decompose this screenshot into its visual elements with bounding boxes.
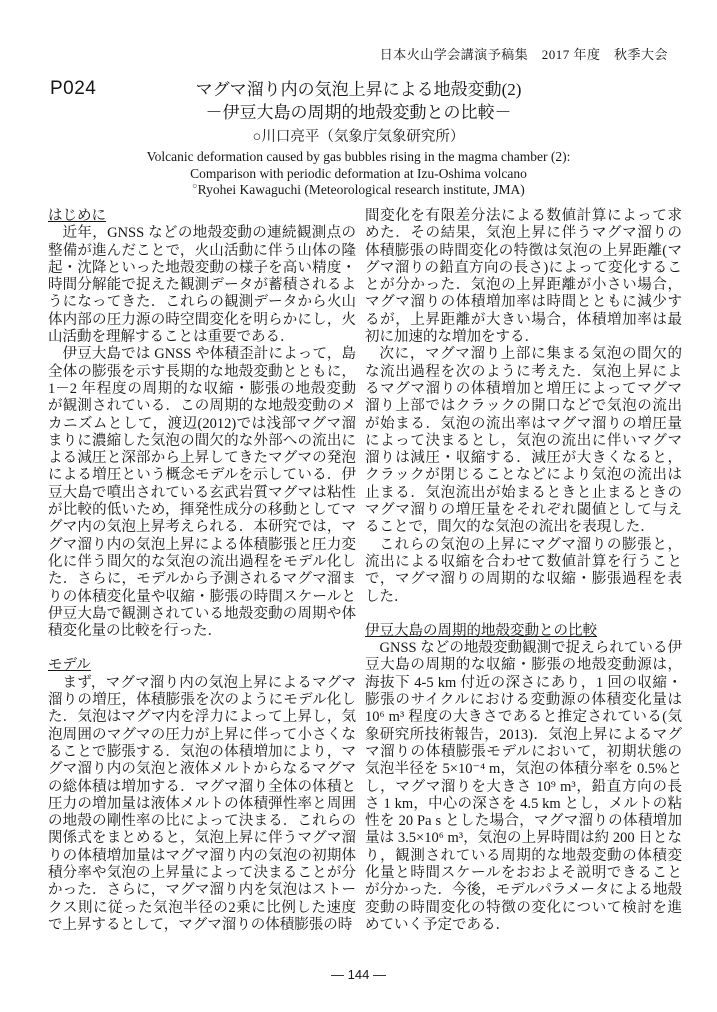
- paper-title-jp-line1: マグマ溜り内の気泡上昇による地殻変動(2): [0, 78, 717, 101]
- section-heading-hajimeni: はじめに: [48, 208, 356, 225]
- paper-title-jp-line2: －伊豆大島の周期的地殻変動との比較－: [0, 101, 717, 124]
- title-block: マグマ溜り内の気泡上昇による地殻変動(2) －伊豆大島の周期的地殻変動との比較－…: [0, 78, 717, 146]
- body-columns: はじめに 近年，GNSS などの地殻変動の連続観測点の整備が進んだことで，火山活…: [48, 208, 682, 934]
- paragraph: GNSS などの地殻変動観測で捉えられている伊豆大島の周期的な収縮・膨張の地殻変…: [365, 640, 682, 934]
- proceedings-header: 日本火山学会講演予稿集 2017 年度 秋季大会: [380, 44, 668, 63]
- paragraph-continuation: 間変化を有限差分法による数値計算によって求めた．その結果，気泡上昇に伴うマグマ溜…: [365, 208, 682, 346]
- english-title-block: Volcanic deformation caused by gas bubbl…: [0, 149, 717, 199]
- right-column: 間変化を有限差分法による数値計算によって求めた．その結果，気泡上昇に伴うマグマ溜…: [365, 208, 682, 934]
- author-en: ○Ryohei Kawaguchi (Meteorological resear…: [0, 182, 717, 199]
- paper-title-en-line2: Comparison with periodic deformation at …: [0, 166, 717, 183]
- paragraph: これらの気泡の上昇にマグマ溜りの膨張と，流出による収縮を合わせて数値計算を行うこ…: [365, 537, 682, 606]
- paper-page: 日本火山学会講演予稿集 2017 年度 秋季大会 P024 マグマ溜り内の気泡上…: [0, 0, 717, 1012]
- paragraph: まず，マグマ溜り内の気泡上昇によるマグマ溜りの増圧，体積膨張を次のようにモデル化…: [48, 675, 356, 934]
- author-jp: ○川口亮平（気象庁気象研究所）: [0, 128, 717, 146]
- author-en-text: Ryohei Kawaguchi (Meteorological researc…: [198, 182, 525, 197]
- paragraph: 伊豆大島では GNSS や体積歪計によって，島全体の膨張を示す長期的な地殻変動と…: [48, 346, 356, 640]
- section-heading-comparison: 伊豆大島の周期的地殻変動との比較: [365, 623, 682, 640]
- paragraph: 近年，GNSS などの地殻変動の連続観測点の整備が進んだことで，火山活動に伴う山…: [48, 225, 356, 346]
- left-column: はじめに 近年，GNSS などの地殻変動の連続観測点の整備が進んだことで，火山活…: [48, 208, 356, 934]
- paper-title-en-line1: Volcanic deformation caused by gas bubbl…: [0, 149, 717, 166]
- section-heading-model: モデル: [48, 657, 356, 674]
- paragraph: 次に，マグマ溜り上部に集まる気泡の間欠的な流出過程を次のように考えた．気泡上昇に…: [365, 346, 682, 536]
- page-number: — 144 —: [0, 967, 717, 982]
